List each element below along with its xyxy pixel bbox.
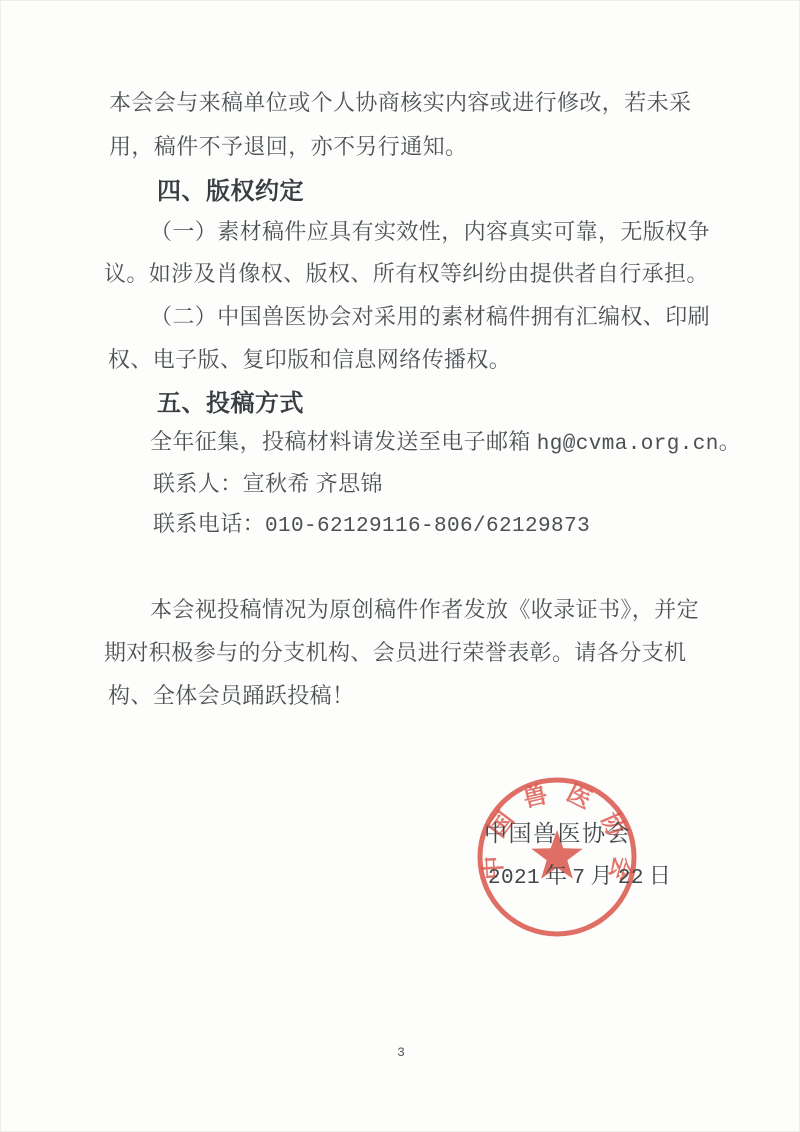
signature-date-day-label: 日 <box>649 863 671 888</box>
intro-line-1: 本会会与来稿单位或个人协商核实内容或进行修改，若未采 <box>109 88 691 118</box>
document-page: 本会会与来稿单位或个人协商核实内容或进行修改，若未采 用，稿件不予退回，亦不另行… <box>0 0 800 1132</box>
signature-date-day: 22 <box>618 867 644 890</box>
copyright-item2-line1: （二）中国兽医协会对采用的素材稿件拥有汇编权、印刷 <box>150 302 710 332</box>
signature-org: 中国兽医协会 <box>484 819 631 849</box>
contact-names: 宣秋希 齐思锦 <box>243 471 383 496</box>
signature-date-year: 2021 <box>488 867 540 890</box>
closing-line-1: 本会视投稿情况为原创稿件作者发放《收录证书》，并定 <box>150 595 699 625</box>
closing-line-2: 期对积极参与的分支机构、会员进行荣誉表彰。请各分支机 <box>104 638 686 668</box>
collect-text: 全年征集，投稿材料请发送至电子邮箱 <box>150 429 531 454</box>
section-heading-submission: 五、投稿方式 <box>157 389 304 419</box>
signature-date-year-label: 年 <box>545 863 567 888</box>
phone-line: 联系电话：010-62129116-806/62129873 <box>153 509 590 542</box>
submission-email: hg@cvma.org.cn <box>537 433 719 456</box>
collect-period: 。 <box>719 429 741 454</box>
phone-number: 010-62129116-806/62129873 <box>265 515 590 538</box>
phone-label: 联系电话： <box>153 511 265 536</box>
closing-line-3: 构、全体会员踊跃投稿！ <box>108 681 354 711</box>
page-number: 3 <box>381 1045 421 1060</box>
signature-date-month: 7 <box>572 867 585 890</box>
copyright-item2-line2: 权、电子版、复印版和信息网络传播权。 <box>108 345 511 375</box>
contact-line: 联系人：宣秋希 齐思锦 <box>153 469 383 499</box>
signature-date: 2021年7月22日 <box>488 861 671 894</box>
official-seal: 中国兽医协会 <box>475 775 639 939</box>
intro-line-2: 用，稿件不予退回，亦不另行通知。 <box>109 132 467 162</box>
copyright-item1-line2: 议。如涉及肖像权、版权、所有权等纠纷由提供者自行承担。 <box>104 259 709 289</box>
submission-collect-line: 全年征集，投稿材料请发送至电子邮箱 hg@cvma.org.cn。 <box>150 427 741 460</box>
section-heading-copyright: 四、版权约定 <box>157 177 304 207</box>
contact-label: 联系人： <box>153 471 243 496</box>
signature-date-month-label: 月 <box>590 863 612 888</box>
copyright-item1-line1: （一）素材稿件应具有实效性，内容真实可靠，无版权争 <box>150 217 710 247</box>
